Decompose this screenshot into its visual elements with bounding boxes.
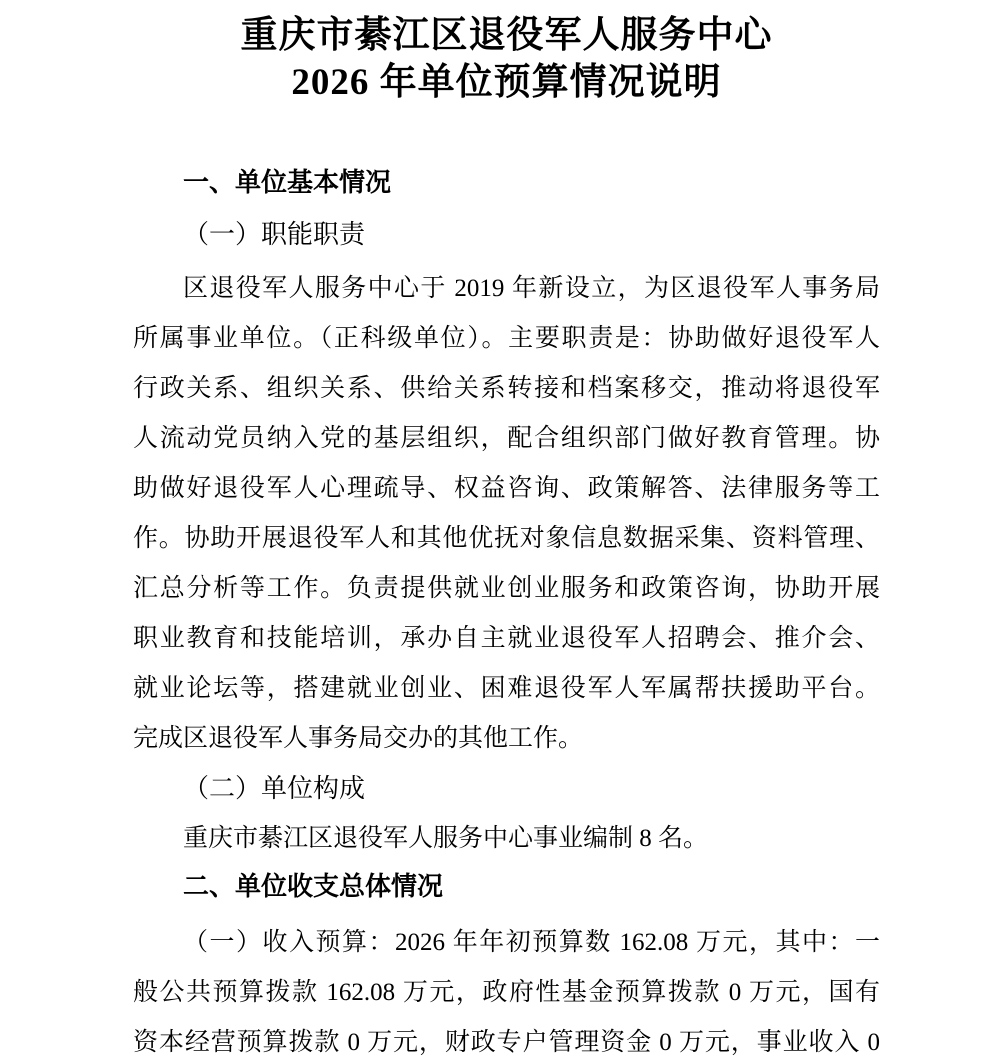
section-1-subheading-1: （一）职能职责 — [133, 214, 880, 256]
paragraph-line: （一）收入预算：2026 年年初预算数 162.08 万元，其中：一 — [133, 918, 880, 968]
document-page: 重庆市綦江区退役军人服务中心 2026 年单位预算情况说明 一、单位基本情况 （… — [0, 0, 1000, 1062]
functions-paragraph: 区退役军人服务中心于 2019 年新设立，为区退役军人事务局 所属事业单位。（正… — [133, 264, 880, 764]
paragraph-line: 作。协助开展退役军人和其他优抚对象信息数据采集、资料管理、 — [133, 514, 880, 564]
paragraph-line: 资本经营预算拨款 0 万元，财政专户管理资金 0 万元，事业收入 0 — [133, 1018, 880, 1062]
paragraph-line: 完成区退役军人事务局交办的其他工作。 — [133, 714, 880, 764]
paragraph-line: 职业教育和技能培训，承办自主就业退役军人招聘会、推介会、 — [133, 614, 880, 664]
paragraph-line: 人流动党员纳入党的基层组织，配合组织部门做好教育管理。协 — [133, 414, 880, 464]
document-title-line-1: 重庆市綦江区退役军人服务中心 — [133, 12, 880, 59]
section-1-heading: 一、单位基本情况 — [133, 162, 880, 202]
paragraph-line: 区退役军人服务中心于 2019 年新设立，为区退役军人事务局 — [133, 264, 880, 314]
paragraph-line: 助做好退役军人心理疏导、权益咨询、政策解答、法律服务等工 — [133, 464, 880, 514]
paragraph-line: 就业论坛等，搭建就业创业、困难退役军人军属帮扶援助平台。 — [133, 664, 880, 714]
paragraph-line: 般公共预算拨款 162.08 万元，政府性基金预算拨款 0 万元，国有 — [133, 968, 880, 1018]
staffing-paragraph: 重庆市綦江区退役军人服务中心事业编制 8 名。 — [133, 814, 880, 864]
paragraph-line: 行政关系、组织关系、供给关系转接和档案移交，推动将退役军 — [133, 364, 880, 414]
paragraph-line: 所属事业单位。（正科级单位）。主要职责是：协助做好退役军人 — [133, 314, 880, 364]
income-budget-paragraph: （一）收入预算：2026 年年初预算数 162.08 万元，其中：一 般公共预算… — [133, 918, 880, 1062]
paragraph-line: 汇总分析等工作。负责提供就业创业服务和政策咨询，协助开展 — [133, 564, 880, 614]
document-content: 重庆市綦江区退役军人服务中心 2026 年单位预算情况说明 一、单位基本情况 （… — [0, 0, 1000, 1062]
section-1-subheading-2: （二）单位构成 — [133, 768, 880, 810]
document-title-line-2: 2026 年单位预算情况说明 — [133, 59, 880, 106]
section-2-heading: 二、单位收支总体情况 — [133, 866, 880, 906]
